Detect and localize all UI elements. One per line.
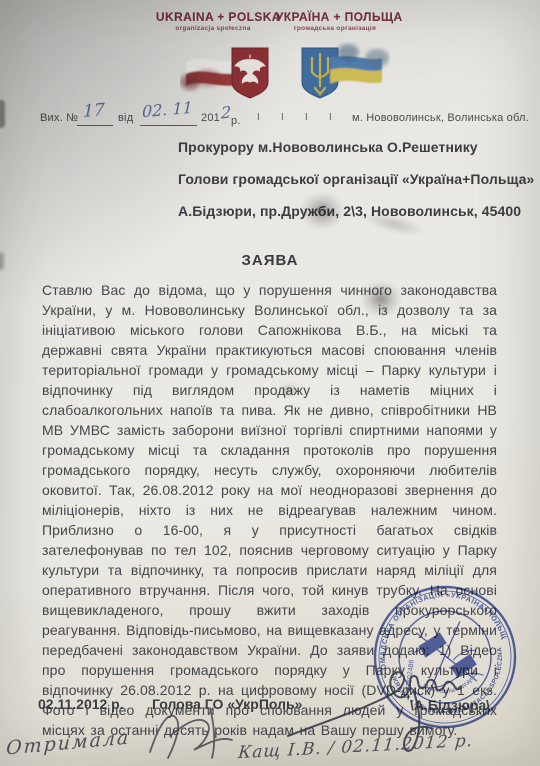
addressee-line: Прокурору м.Нововолинська О.Решетнику bbox=[178, 139, 478, 155]
addressee-line: А.Бідзюри, пр.Дружби, 2\3, Нововолинськ,… bbox=[178, 203, 521, 219]
registration-tick: І bbox=[257, 112, 260, 123]
ref-year-handwritten: 2 bbox=[221, 103, 231, 123]
flags-emblem bbox=[180, 42, 390, 106]
document-place: м. Нововолинськ, Волинська обл. bbox=[352, 112, 529, 124]
logo-right: УКРАЇНА + ПОЛЬЩА громадська організація bbox=[276, 10, 394, 32]
registration-tick: І bbox=[329, 112, 332, 123]
edge-artifact bbox=[0, 100, 5, 128]
logo-right-title: УКРАЇНА + ПОЛЬЩА bbox=[276, 10, 394, 24]
ukrainian-flag-icon bbox=[330, 44, 389, 84]
ref-number-blank bbox=[77, 124, 113, 126]
logo-right-subtitle: громадська організація bbox=[276, 25, 394, 32]
logo-left: UKRAINA + POLSKA organizacja społeczna bbox=[156, 10, 270, 32]
document-title: ЗАЯВА bbox=[0, 252, 540, 269]
registration-tick: І bbox=[281, 112, 284, 123]
ref-number-label: Вих. № bbox=[40, 112, 78, 124]
ref-year-unit: р. bbox=[231, 115, 241, 127]
received-handwriting: Отримала bbox=[6, 726, 131, 759]
closing-date: 02.11.2012 р. bbox=[38, 696, 124, 712]
ref-date-handwritten: 02. 11 bbox=[142, 98, 193, 122]
logo-left-subtitle: organizacja społeczna bbox=[156, 25, 270, 32]
scanned-document: UKRAINA + POLSKA organizacja społeczna У… bbox=[0, 0, 540, 766]
logo-left-title: UKRAINA + POLSKA bbox=[156, 10, 270, 24]
polish-eagle-icon bbox=[232, 48, 268, 98]
ref-date-blank bbox=[140, 124, 197, 126]
ref-year-printed: 201 bbox=[201, 112, 220, 124]
registration-tick: І bbox=[305, 112, 308, 123]
addressee-line: Голови громадської організації «Україна+… bbox=[178, 171, 534, 187]
ref-number-handwritten: 17 bbox=[83, 100, 105, 122]
ref-date-label: від bbox=[118, 112, 133, 124]
